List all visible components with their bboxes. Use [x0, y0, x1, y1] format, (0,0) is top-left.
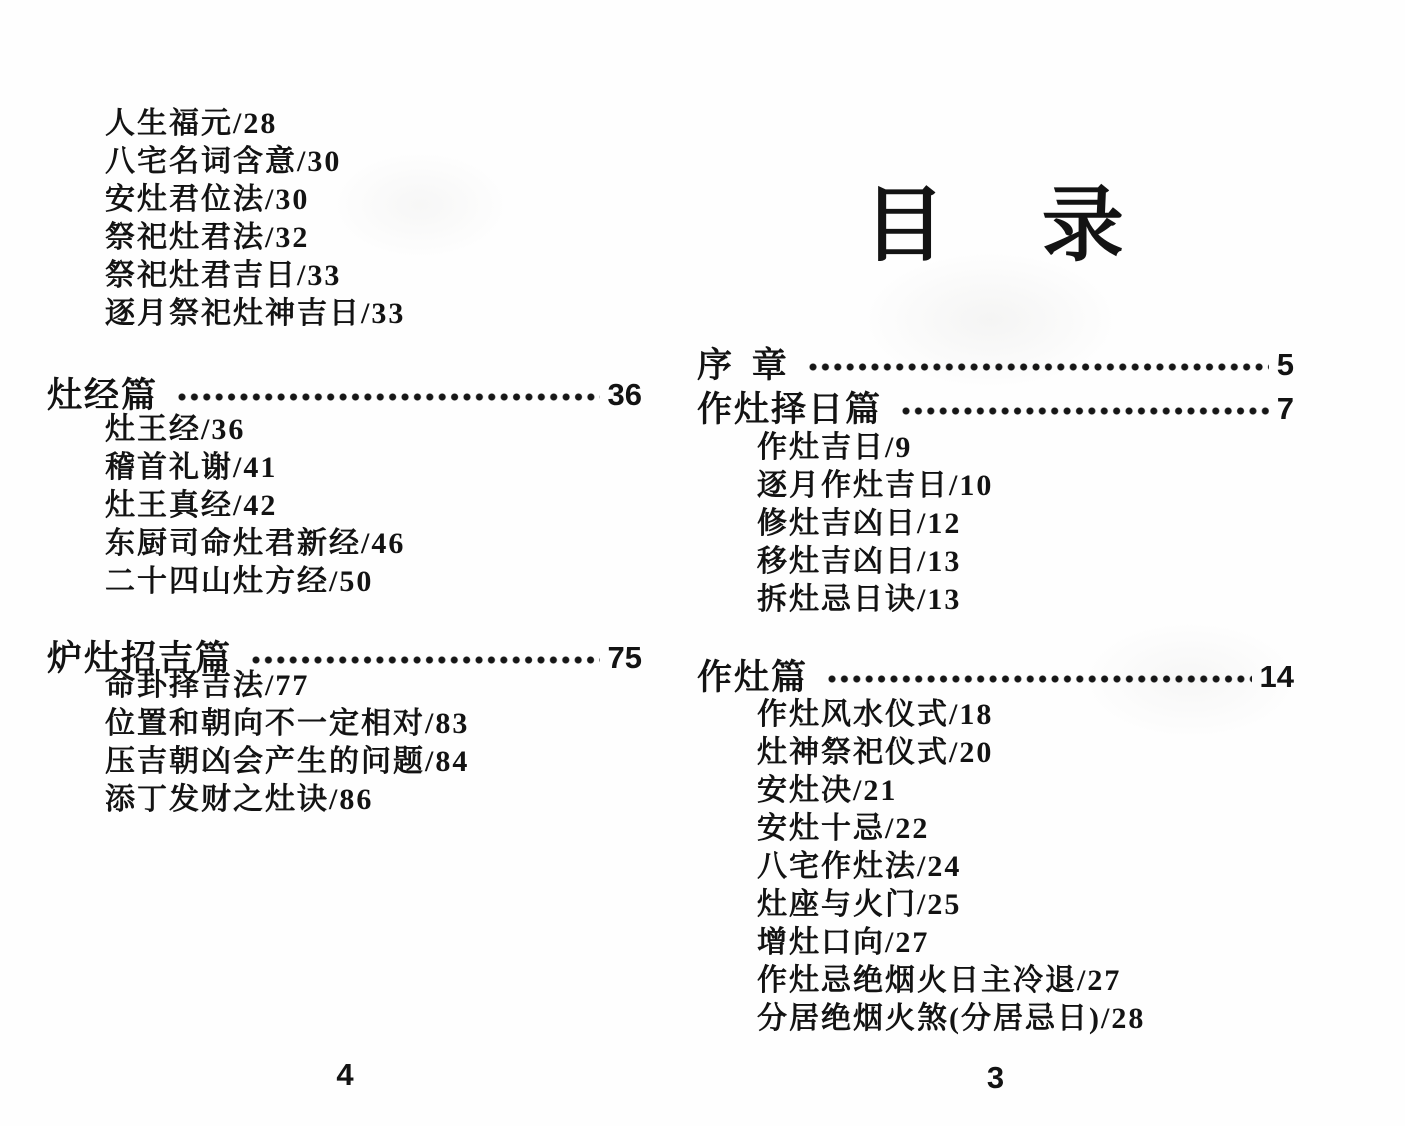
toc-item: 灶王真经/42 — [105, 487, 405, 525]
toc-item: 灶王经/36 — [105, 411, 405, 449]
toc-item: 作灶吉日/9 — [757, 429, 993, 467]
toc-item: 拆灶忌日诀/13 — [757, 581, 993, 619]
toc-section-items: 灶王经/36稽首礼谢/41灶王真经/42东厨司命灶君新经/46二十四山灶方经/5… — [105, 411, 405, 601]
toc-item: 东厨司命灶君新经/46 — [105, 525, 405, 563]
dot-leader — [826, 674, 1252, 684]
toc-item: 安灶君位法/30 — [105, 181, 405, 219]
toc-item: 安灶十忌/22 — [757, 810, 1145, 848]
toc-item: 逐月作灶吉日/10 — [757, 467, 993, 505]
book-spread: 人生福元/28八宅名词含意/30安灶君位法/30祭祀灶君法/32祭祀灶君吉日/3… — [0, 0, 1405, 1126]
toc-section-heading: 作灶篇 14 — [697, 650, 1294, 700]
toc-item: 稽首礼谢/41 — [105, 449, 405, 487]
toc-section-heading: 作灶择日篇 7 — [697, 382, 1294, 432]
toc-item: 灶神祭祀仪式/20 — [757, 734, 1145, 772]
toc-item: 移灶吉凶日/13 — [757, 543, 993, 581]
toc-section-heading: 序 章 5 — [697, 338, 1294, 388]
section-title: 作灶篇 — [697, 650, 808, 700]
toc-item: 祭祀灶君法/32 — [105, 219, 405, 257]
section-page-number: 75 — [608, 640, 642, 676]
toc-item: 二十四山灶方经/50 — [105, 563, 405, 601]
toc-title: 目 录 — [697, 160, 1294, 277]
toc-item: 八宅作灶法/24 — [757, 848, 1145, 886]
section-title: 序 章 — [697, 338, 789, 388]
toc-item: 命卦择吉法/77 — [105, 667, 469, 705]
toc-item: 逐月祭祀灶神吉日/33 — [105, 295, 405, 333]
toc-section-items: 作灶风水仪式/18灶神祭祀仪式/20安灶决/21安灶十忌/22八宅作灶法/24灶… — [757, 696, 1145, 1038]
section-title: 作灶择日篇 — [697, 382, 882, 432]
toc-intro-list: 人生福元/28八宅名词含意/30安灶君位法/30祭祀灶君法/32祭祀灶君吉日/3… — [105, 105, 405, 333]
toc-item: 分居绝烟火煞(分居忌日)/28 — [757, 1000, 1145, 1038]
dot-leader — [176, 392, 600, 402]
toc-item: 作灶风水仪式/18 — [757, 696, 1145, 734]
toc-item: 修灶吉凶日/12 — [757, 505, 993, 543]
section-page-number: 14 — [1260, 659, 1294, 695]
toc-section-items: 作灶吉日/9逐月作灶吉日/10修灶吉凶日/12移灶吉凶日/13拆灶忌日诀/13 — [757, 429, 993, 619]
folio-left: 4 — [50, 1057, 640, 1093]
section-page-number: 5 — [1277, 347, 1294, 383]
toc-item: 人生福元/28 — [105, 105, 405, 143]
toc-item: 安灶决/21 — [757, 772, 1145, 810]
dot-leader — [900, 406, 1269, 416]
dot-leader — [250, 655, 600, 665]
toc-item: 祭祀灶君吉日/33 — [105, 257, 405, 295]
section-page-number: 36 — [608, 377, 642, 413]
toc-item: 作灶忌绝烟火日主冷退/27 — [757, 962, 1145, 1000]
toc-item: 灶座与火门/25 — [757, 886, 1145, 924]
toc-item: 增灶口向/27 — [757, 924, 1145, 962]
section-page-number: 7 — [1277, 391, 1294, 427]
toc-item: 添丁发财之灶诀/86 — [105, 781, 469, 819]
dot-leader — [807, 362, 1269, 372]
toc-item: 位置和朝向不一定相对/83 — [105, 705, 469, 743]
toc-item: 压吉朝凶会产生的问题/84 — [105, 743, 469, 781]
folio-right: 3 — [697, 1060, 1294, 1096]
toc-item: 八宅名词含意/30 — [105, 143, 405, 181]
toc-section-items: 命卦择吉法/77位置和朝向不一定相对/83压吉朝凶会产生的问题/84添丁发财之灶… — [105, 667, 469, 819]
